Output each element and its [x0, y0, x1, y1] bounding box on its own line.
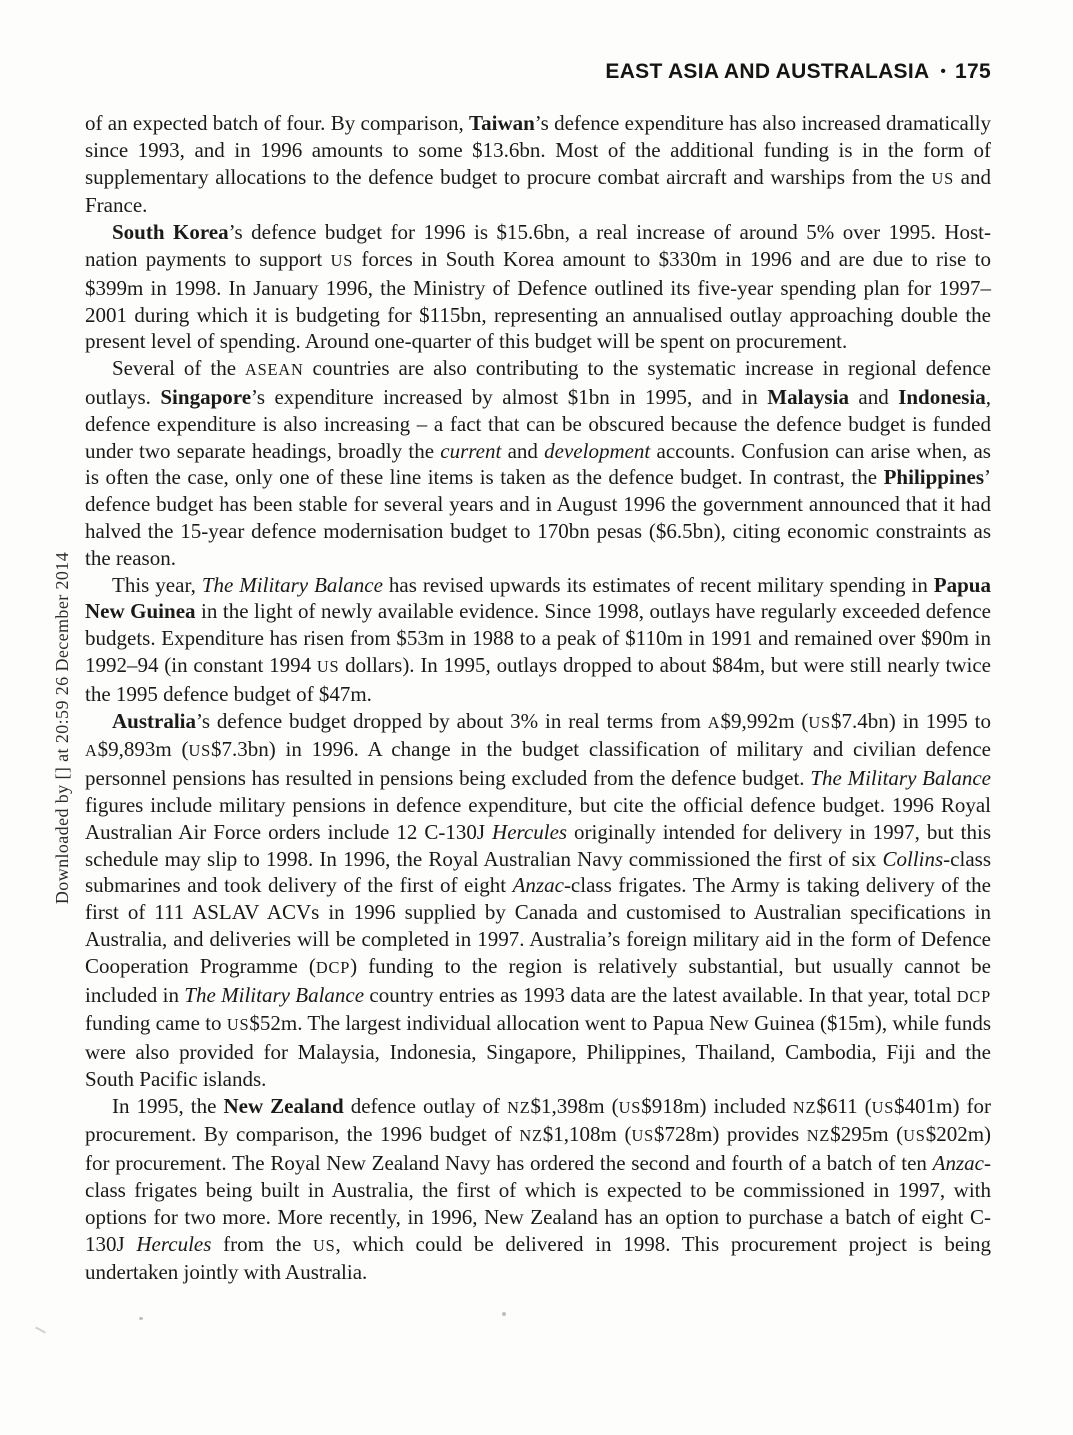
- page-header: EAST ASIA AND AUSTRALASIA•175: [85, 60, 991, 84]
- text-segment: This year,: [112, 573, 202, 597]
- paragraph-papua: This year, The Military Balance has revi…: [85, 572, 991, 708]
- text-segment: $9,893m (: [98, 737, 189, 761]
- text-segment: development: [544, 439, 650, 463]
- text-segment: NZ: [807, 1126, 830, 1145]
- paragraph-asean: Several of the ASEAN countries are also …: [85, 355, 991, 571]
- text-segment: Malaysia: [767, 385, 849, 409]
- text-segment: US: [808, 713, 831, 732]
- text-segment: US: [313, 1236, 336, 1255]
- page-number: 175: [955, 60, 991, 83]
- text-segment: US: [227, 1015, 250, 1034]
- text-segment: The Military Balance: [184, 983, 364, 1007]
- text-segment: Singapore: [160, 385, 251, 409]
- download-watermark: Downloaded by [] at 20:59 26 December 20…: [52, 508, 74, 948]
- text-segment: funding came to: [85, 1011, 227, 1035]
- text-segment: from the: [211, 1232, 313, 1256]
- text-segment: $1,108m (: [543, 1122, 632, 1146]
- text-segment: New Zealand: [223, 1094, 343, 1118]
- text-segment: Hercules: [136, 1232, 211, 1256]
- document-page: EAST ASIA AND AUSTRALASIA•175 Downloaded…: [0, 0, 1073, 1435]
- text-segment: ASEAN: [245, 360, 304, 379]
- text-segment: Collins: [882, 847, 943, 871]
- text-segment: ’s expenditure increased by almost $1bn …: [251, 385, 767, 409]
- text-segment: $7.4bn) in 1995 to: [831, 709, 991, 733]
- text-segment: $295m (: [830, 1122, 903, 1146]
- text-segment: A: [708, 713, 721, 732]
- text-segment: DCP: [957, 987, 991, 1006]
- paragraph-south-korea: South Korea’s defence budget for 1996 is…: [85, 219, 991, 355]
- header-bullet: •: [940, 63, 946, 80]
- text-segment: defence outlay of: [344, 1094, 507, 1118]
- text-segment: US: [931, 169, 954, 188]
- text-segment: of an expected batch of four. By compari…: [85, 111, 469, 135]
- text-segment: The Military Balance: [810, 766, 991, 790]
- text-segment: Anzac: [513, 873, 564, 897]
- text-segment: In 1995, the: [112, 1094, 223, 1118]
- text-segment: Taiwan: [469, 111, 535, 135]
- text-segment: Australia: [112, 709, 196, 733]
- text-segment: US: [872, 1098, 895, 1117]
- text-segment: and: [849, 385, 898, 409]
- text-segment: US: [631, 1126, 654, 1145]
- text-segment: $9,992m (: [720, 709, 808, 733]
- text-segment: Philippines: [884, 465, 984, 489]
- text-segment: A: [85, 741, 98, 760]
- text-segment: $1,398m (: [531, 1094, 619, 1118]
- text-segment: NZ: [519, 1126, 542, 1145]
- running-head: EAST ASIA AND AUSTRALASIA: [605, 60, 929, 83]
- text-segment: US: [619, 1098, 642, 1117]
- text-segment: NZ: [507, 1098, 530, 1117]
- text-segment: Indonesia: [898, 385, 986, 409]
- text-segment: $611 (: [816, 1094, 871, 1118]
- text-segment: US: [331, 251, 354, 270]
- text-segment: DCP: [316, 958, 350, 977]
- text-segment: NZ: [793, 1098, 816, 1117]
- text-segment: The Military Balance: [202, 573, 383, 597]
- text-segment: US: [317, 657, 340, 676]
- text-segment: Several of the: [112, 356, 245, 380]
- text-segment: Hercules: [492, 820, 567, 844]
- text-segment: US: [903, 1126, 926, 1145]
- paragraph-new-zealand: In 1995, the New Zealand defence outlay …: [85, 1093, 991, 1287]
- text-segment: country entries as 1993 data are the lat…: [364, 983, 957, 1007]
- text-segment: Anzac: [933, 1151, 984, 1175]
- text-segment: $918m) included: [641, 1094, 793, 1118]
- text-segment: $728m) provides: [654, 1122, 807, 1146]
- scan-artifact: [139, 1317, 143, 1320]
- text-segment: South Korea: [112, 220, 229, 244]
- paragraph-australia: Australia’s defence budget dropped by ab…: [85, 708, 991, 1093]
- scan-artifact: [35, 1327, 46, 1334]
- body-text: of an expected batch of four. By compari…: [85, 110, 991, 1286]
- text-segment: current: [440, 439, 501, 463]
- paragraph-taiwan: of an expected batch of four. By compari…: [85, 110, 991, 219]
- scan-artifact: [502, 1312, 506, 1316]
- text-segment: US: [188, 741, 211, 760]
- text-segment: and: [501, 439, 544, 463]
- text-segment: has revised upwards its estimates of rec…: [383, 573, 934, 597]
- text-segment: ’s defence budget dropped by about 3% in…: [196, 709, 708, 733]
